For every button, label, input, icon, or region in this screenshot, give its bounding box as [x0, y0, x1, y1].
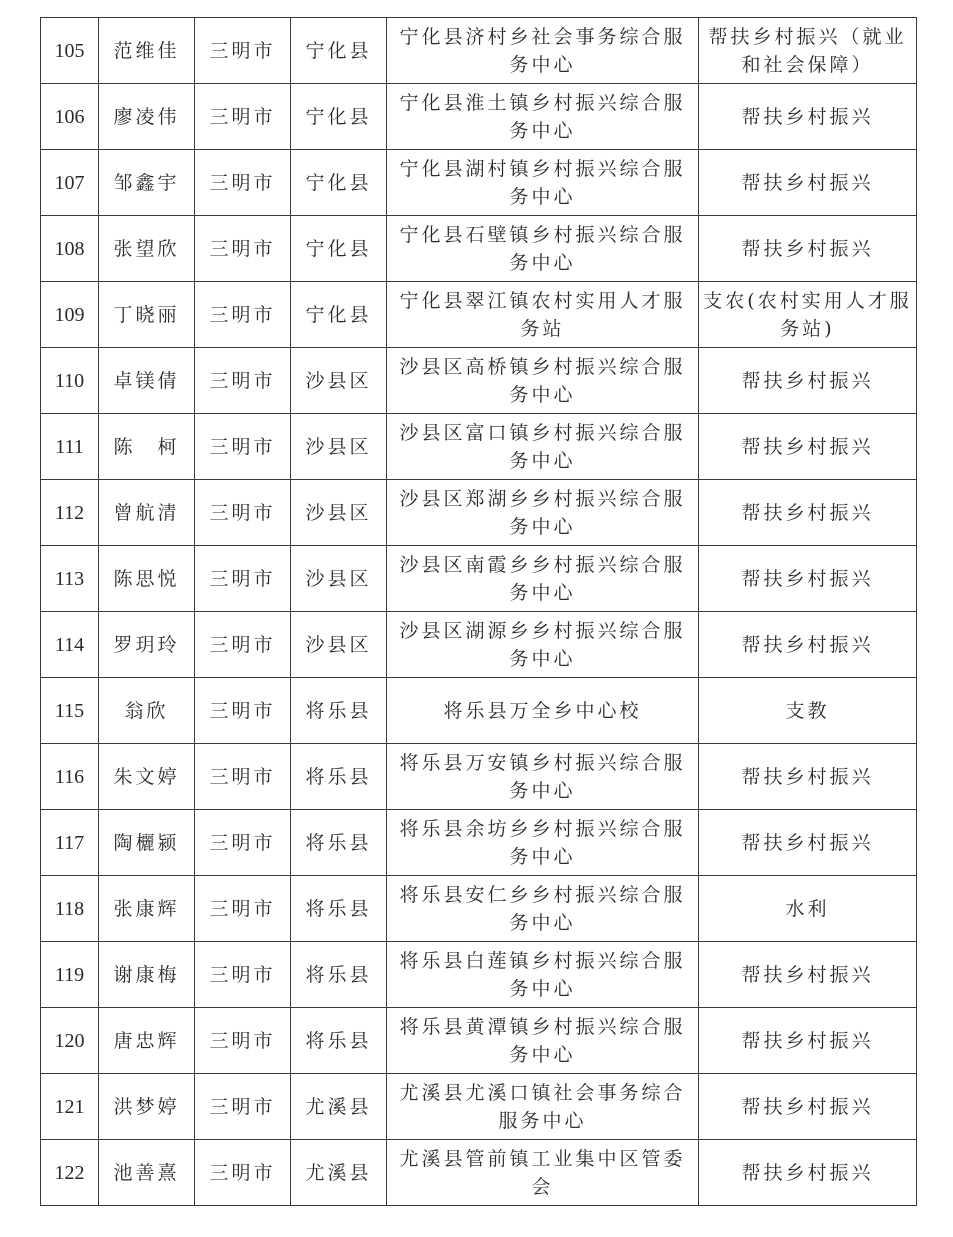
service-role: 帮扶乡村振兴: [699, 1074, 917, 1140]
service-unit: 尤溪县尤溪口镇社会事务综合服务中心: [387, 1074, 699, 1140]
table-row: 118 张康辉 三明市 将乐县 将乐县安仁乡乡村振兴综合服务中心 水利: [41, 876, 917, 942]
service-unit: 沙县区富口镇乡村振兴综合服务中心: [387, 414, 699, 480]
person-name: 曾航清: [99, 480, 195, 546]
county: 将乐县: [291, 942, 387, 1008]
table-row: 111 陈 柯 三明市 沙县区 沙县区富口镇乡村振兴综合服务中心 帮扶乡村振兴: [41, 414, 917, 480]
row-number: 111: [41, 414, 99, 480]
county: 沙县区: [291, 546, 387, 612]
service-role: 帮扶乡村振兴: [699, 216, 917, 282]
service-unit: 尤溪县管前镇工业集中区管委会: [387, 1140, 699, 1206]
person-name: 张康辉: [99, 876, 195, 942]
city: 三明市: [195, 612, 291, 678]
county: 沙县区: [291, 480, 387, 546]
service-role: 帮扶乡村振兴: [699, 810, 917, 876]
row-number: 105: [41, 18, 99, 84]
row-number: 107: [41, 150, 99, 216]
row-number: 121: [41, 1074, 99, 1140]
service-role: 帮扶乡村振兴: [699, 84, 917, 150]
county: 将乐县: [291, 1008, 387, 1074]
service-unit: 宁化县湖村镇乡村振兴综合服务中心: [387, 150, 699, 216]
table-row: 117 陶欐颍 三明市 将乐县 将乐县余坊乡乡村振兴综合服务中心 帮扶乡村振兴: [41, 810, 917, 876]
table-row: 120 唐忠辉 三明市 将乐县 将乐县黄潭镇乡村振兴综合服务中心 帮扶乡村振兴: [41, 1008, 917, 1074]
person-name: 翁欣: [99, 678, 195, 744]
county: 宁化县: [291, 18, 387, 84]
service-unit: 将乐县万安镇乡村振兴综合服务中心: [387, 744, 699, 810]
row-number: 114: [41, 612, 99, 678]
county: 将乐县: [291, 678, 387, 744]
service-unit: 沙县区湖源乡乡村振兴综合服务中心: [387, 612, 699, 678]
service-unit: 沙县区南霞乡乡村振兴综合服务中心: [387, 546, 699, 612]
service-unit: 将乐县白莲镇乡村振兴综合服务中心: [387, 942, 699, 1008]
table-row: 105 范维佳 三明市 宁化县 宁化县济村乡社会事务综合服务中心 帮扶乡村振兴（…: [41, 18, 917, 84]
county: 宁化县: [291, 216, 387, 282]
person-name: 张望欣: [99, 216, 195, 282]
row-number: 120: [41, 1008, 99, 1074]
person-name: 洪梦婷: [99, 1074, 195, 1140]
service-unit: 宁化县翠江镇农村实用人才服务站: [387, 282, 699, 348]
person-name: 罗玥玲: [99, 612, 195, 678]
service-unit: 将乐县安仁乡乡村振兴综合服务中心: [387, 876, 699, 942]
city: 三明市: [195, 942, 291, 1008]
county: 沙县区: [291, 612, 387, 678]
person-name: 陶欐颍: [99, 810, 195, 876]
county: 宁化县: [291, 84, 387, 150]
row-number: 113: [41, 546, 99, 612]
row-number: 122: [41, 1140, 99, 1206]
person-name: 陈思悦: [99, 546, 195, 612]
service-role: 帮扶乡村振兴: [699, 744, 917, 810]
city: 三明市: [195, 150, 291, 216]
service-role: 水利: [699, 876, 917, 942]
row-number: 106: [41, 84, 99, 150]
service-role: 帮扶乡村振兴: [699, 150, 917, 216]
city: 三明市: [195, 216, 291, 282]
city: 三明市: [195, 1008, 291, 1074]
row-number: 116: [41, 744, 99, 810]
county: 将乐县: [291, 810, 387, 876]
table-row: 110 卓镁倩 三明市 沙县区 沙县区高桥镇乡村振兴综合服务中心 帮扶乡村振兴: [41, 348, 917, 414]
service-unit: 宁化县济村乡社会事务综合服务中心: [387, 18, 699, 84]
table-row: 121 洪梦婷 三明市 尤溪县 尤溪县尤溪口镇社会事务综合服务中心 帮扶乡村振兴: [41, 1074, 917, 1140]
person-name: 唐忠辉: [99, 1008, 195, 1074]
table-row: 119 谢康梅 三明市 将乐县 将乐县白莲镇乡村振兴综合服务中心 帮扶乡村振兴: [41, 942, 917, 1008]
service-unit: 将乐县万全乡中心校: [387, 678, 699, 744]
city: 三明市: [195, 678, 291, 744]
table-row: 113 陈思悦 三明市 沙县区 沙县区南霞乡乡村振兴综合服务中心 帮扶乡村振兴: [41, 546, 917, 612]
row-number: 110: [41, 348, 99, 414]
table-row: 112 曾航清 三明市 沙县区 沙县区郑湖乡乡村振兴综合服务中心 帮扶乡村振兴: [41, 480, 917, 546]
person-name: 邹鑫宇: [99, 150, 195, 216]
city: 三明市: [195, 348, 291, 414]
row-number: 112: [41, 480, 99, 546]
row-number: 108: [41, 216, 99, 282]
service-role: 支农(农村实用人才服务站): [699, 282, 917, 348]
row-number: 118: [41, 876, 99, 942]
service-role: 帮扶乡村振兴: [699, 942, 917, 1008]
person-name: 谢康梅: [99, 942, 195, 1008]
service-unit: 将乐县余坊乡乡村振兴综合服务中心: [387, 810, 699, 876]
county: 将乐县: [291, 744, 387, 810]
service-unit: 沙县区高桥镇乡村振兴综合服务中心: [387, 348, 699, 414]
county: 将乐县: [291, 876, 387, 942]
row-number: 117: [41, 810, 99, 876]
county: 沙县区: [291, 348, 387, 414]
person-name: 陈 柯: [99, 414, 195, 480]
city: 三明市: [195, 480, 291, 546]
roster-table-body: 105 范维佳 三明市 宁化县 宁化县济村乡社会事务综合服务中心 帮扶乡村振兴（…: [41, 18, 917, 1206]
service-role: 帮扶乡村振兴: [699, 546, 917, 612]
table-row: 114 罗玥玲 三明市 沙县区 沙县区湖源乡乡村振兴综合服务中心 帮扶乡村振兴: [41, 612, 917, 678]
service-role: 帮扶乡村振兴: [699, 348, 917, 414]
county: 尤溪县: [291, 1140, 387, 1206]
city: 三明市: [195, 414, 291, 480]
person-name: 朱文婷: [99, 744, 195, 810]
table-row: 122 池善熹 三明市 尤溪县 尤溪县管前镇工业集中区管委会 帮扶乡村振兴: [41, 1140, 917, 1206]
county: 宁化县: [291, 150, 387, 216]
service-unit: 将乐县黄潭镇乡村振兴综合服务中心: [387, 1008, 699, 1074]
city: 三明市: [195, 282, 291, 348]
city: 三明市: [195, 810, 291, 876]
service-unit: 沙县区郑湖乡乡村振兴综合服务中心: [387, 480, 699, 546]
person-name: 廖凌伟: [99, 84, 195, 150]
table-row: 116 朱文婷 三明市 将乐县 将乐县万安镇乡村振兴综合服务中心 帮扶乡村振兴: [41, 744, 917, 810]
service-role: 支教: [699, 678, 917, 744]
city: 三明市: [195, 84, 291, 150]
person-name: 丁晓丽: [99, 282, 195, 348]
table-row: 107 邹鑫宇 三明市 宁化县 宁化县湖村镇乡村振兴综合服务中心 帮扶乡村振兴: [41, 150, 917, 216]
roster-table: 105 范维佳 三明市 宁化县 宁化县济村乡社会事务综合服务中心 帮扶乡村振兴（…: [40, 17, 917, 1206]
city: 三明市: [195, 1074, 291, 1140]
city: 三明市: [195, 876, 291, 942]
service-role: 帮扶乡村振兴: [699, 480, 917, 546]
city: 三明市: [195, 18, 291, 84]
row-number: 109: [41, 282, 99, 348]
city: 三明市: [195, 546, 291, 612]
service-role: 帮扶乡村振兴: [699, 1008, 917, 1074]
row-number: 115: [41, 678, 99, 744]
city: 三明市: [195, 744, 291, 810]
service-unit: 宁化县石壁镇乡村振兴综合服务中心: [387, 216, 699, 282]
row-number: 119: [41, 942, 99, 1008]
county: 沙县区: [291, 414, 387, 480]
table-row: 106 廖凌伟 三明市 宁化县 宁化县淮土镇乡村振兴综合服务中心 帮扶乡村振兴: [41, 84, 917, 150]
service-role: 帮扶乡村振兴: [699, 414, 917, 480]
service-role: 帮扶乡村振兴（就业和社会保障）: [699, 18, 917, 84]
table-row: 115 翁欣 三明市 将乐县 将乐县万全乡中心校 支教: [41, 678, 917, 744]
service-unit: 宁化县淮土镇乡村振兴综合服务中心: [387, 84, 699, 150]
service-role: 帮扶乡村振兴: [699, 612, 917, 678]
service-role: 帮扶乡村振兴: [699, 1140, 917, 1206]
city: 三明市: [195, 1140, 291, 1206]
table-row: 108 张望欣 三明市 宁化县 宁化县石壁镇乡村振兴综合服务中心 帮扶乡村振兴: [41, 216, 917, 282]
county: 宁化县: [291, 282, 387, 348]
person-name: 卓镁倩: [99, 348, 195, 414]
county: 尤溪县: [291, 1074, 387, 1140]
person-name: 池善熹: [99, 1140, 195, 1206]
table-row: 109 丁晓丽 三明市 宁化县 宁化县翠江镇农村实用人才服务站 支农(农村实用人…: [41, 282, 917, 348]
person-name: 范维佳: [99, 18, 195, 84]
